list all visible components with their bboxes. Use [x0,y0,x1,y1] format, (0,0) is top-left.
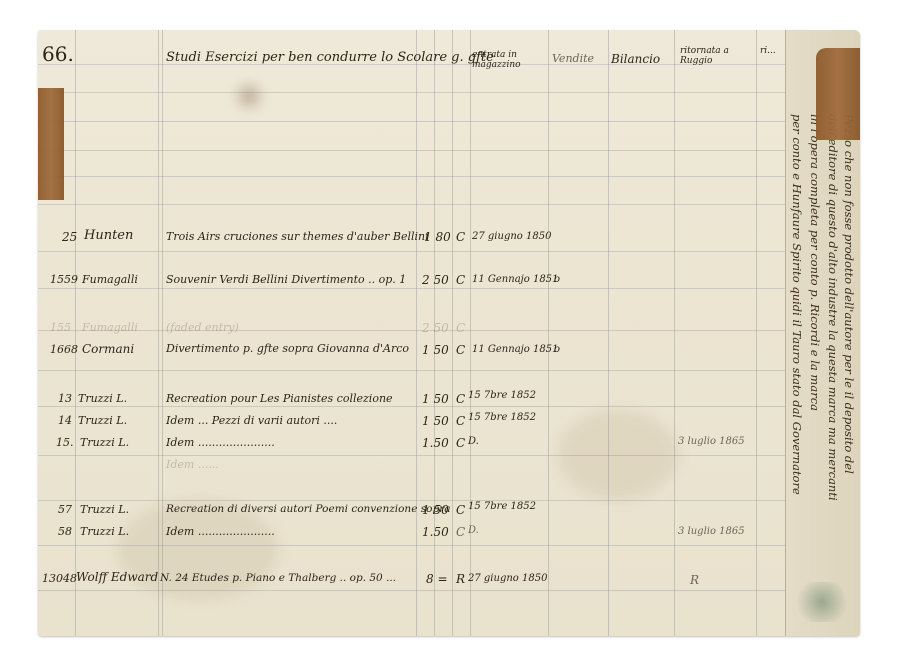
rule-line [38,370,820,371]
column-rule [548,30,549,636]
column-rule [158,30,159,636]
rule-line [38,92,820,93]
row-title: Recreation di diversi autori Poemi conve… [166,503,450,515]
row-number: 58 [58,525,72,538]
row-number: 13 [58,392,72,405]
row-price: 8 = [426,572,448,586]
rule-line [38,545,820,546]
column-rule [452,30,453,636]
row-author: Truzzi L. [80,525,129,538]
row-number: 15. [56,436,74,449]
row-number: 25 [62,230,77,244]
row-date: 15 7bre 1852 [468,501,536,512]
margin-note-line: dell'editore di questo d'alto industre l… [826,114,840,501]
ledger-title: Studi Esercizi per ben condurre lo Scola… [166,50,494,65]
row-price: 1 50 [422,414,449,428]
column-rule [75,30,76,636]
row-mark: C [456,503,465,517]
row-title: Idem ... Pezzi di varii autori .... [166,414,337,427]
row-author: Truzzi L. [80,436,129,449]
rule-line [38,150,820,151]
row-returned: 3 luglio 1865 [678,526,745,537]
row-note: o [554,274,560,285]
row-price: 1 80 [424,230,451,244]
margin-note-line: per conto e Hunfaure Spirito quidi il Ta… [790,114,804,495]
green-mold-spot [792,582,852,622]
row-price: 1 50 [422,343,449,357]
row-title: Trois Airs cruciones sur themes d'auber … [166,230,429,243]
row-title: N. 24 Etudes p. Piano e Thalberg .. op. … [160,572,396,584]
row-date: D. [468,436,479,447]
row-mark: C [456,321,465,335]
row-price: 2 50 [422,321,449,335]
rule-line [38,251,820,252]
water-stain [118,500,278,600]
row-author: Fumagalli [82,321,138,334]
row-mark: R [456,572,465,586]
column-rule [416,30,417,636]
rule-line [38,406,820,407]
row-price: 1.50 [422,525,449,539]
column-rule [470,30,471,636]
row-title: (faded entry) [166,321,239,334]
rule-line [38,204,820,205]
row-note: o [554,344,560,355]
row-mark: C [456,230,465,244]
column-header-ritornata: ritornata a Ruggio [680,46,752,66]
row-author: Truzzi L. [78,414,127,427]
column-header-bilancio: Bilancio [611,52,660,66]
rule-line [38,500,820,501]
row-title: Idem ...................... [166,436,275,449]
rule-line [38,590,820,591]
row-author: Fumagalli [82,273,138,286]
row-author: Truzzi L. [78,392,127,405]
row-price: 1 50 [422,392,449,406]
column-rule [608,30,609,636]
ledger-page: 66. Studi Esercizi per ben condurre lo S… [38,30,860,636]
row-title: Recreation pour Les Pianistes collezione [166,392,393,405]
row-number: 1559 [50,273,78,286]
row-number: 1668 [50,343,78,356]
row-date: 11 Gennajo 1851 [472,274,558,285]
row-number: 14 [58,414,72,427]
row-number: 13048 [42,572,77,585]
row-author: Cormani [82,342,134,356]
column-header-entrata: entrata in magazzino [472,50,532,70]
row-mark: C [456,414,465,428]
rule-line [38,176,820,177]
row-title: Souvenir Verdi Bellini Divertimento .. o… [166,273,406,286]
column-rule [674,30,675,636]
rule-line [38,288,820,289]
row-date: 27 giugno 1850 [468,573,547,584]
row-title: Divertimento p. gfte sopra Giovanna d'Ar… [166,342,409,355]
row-title: Idem ...................... [166,525,275,538]
column-header-vendite: Vendite [552,52,594,65]
row-date: 15 7bre 1852 [468,412,536,423]
row-author: Hunten [84,228,133,243]
row-mark: C [456,343,465,357]
row-mark: C [456,392,465,406]
row-date: D. [468,525,479,536]
row-author: Wolff Edward [76,570,158,584]
left-tape [38,88,64,200]
row-price: 1.50 [422,436,449,450]
right-tape [816,48,860,140]
ink-stain [238,85,260,107]
row-date: 15 7bre 1852 [468,390,536,401]
row-date: 27 giugno 1850 [472,231,551,242]
column-header-extra: ri... [760,46,776,56]
row-mark: C [456,436,465,450]
row-price: 1 50 [422,503,449,517]
row-price: 2 50 [422,273,449,287]
margin-note-line: Pezzo che non fosse prodotto dell'autore… [842,114,856,474]
row-number: 57 [58,503,72,516]
row-title: Idem ...... [166,458,219,471]
rule-line [38,121,820,122]
column-rule [162,30,163,636]
row-mark: C [456,525,465,539]
column-rule [756,30,757,636]
row-returned: 3 luglio 1865 [678,436,745,447]
page-number: 66. [42,42,74,66]
row-number: 155 [50,321,71,334]
margin-note-line: in l'opera completa per conto p. Ricordi… [808,114,822,411]
row-date: 11 Gennajo 1851 [472,344,558,355]
row-mark: C [456,273,465,287]
row-returned: R [690,573,699,587]
row-author: Truzzi L. [80,503,129,516]
rule-line [38,455,820,456]
